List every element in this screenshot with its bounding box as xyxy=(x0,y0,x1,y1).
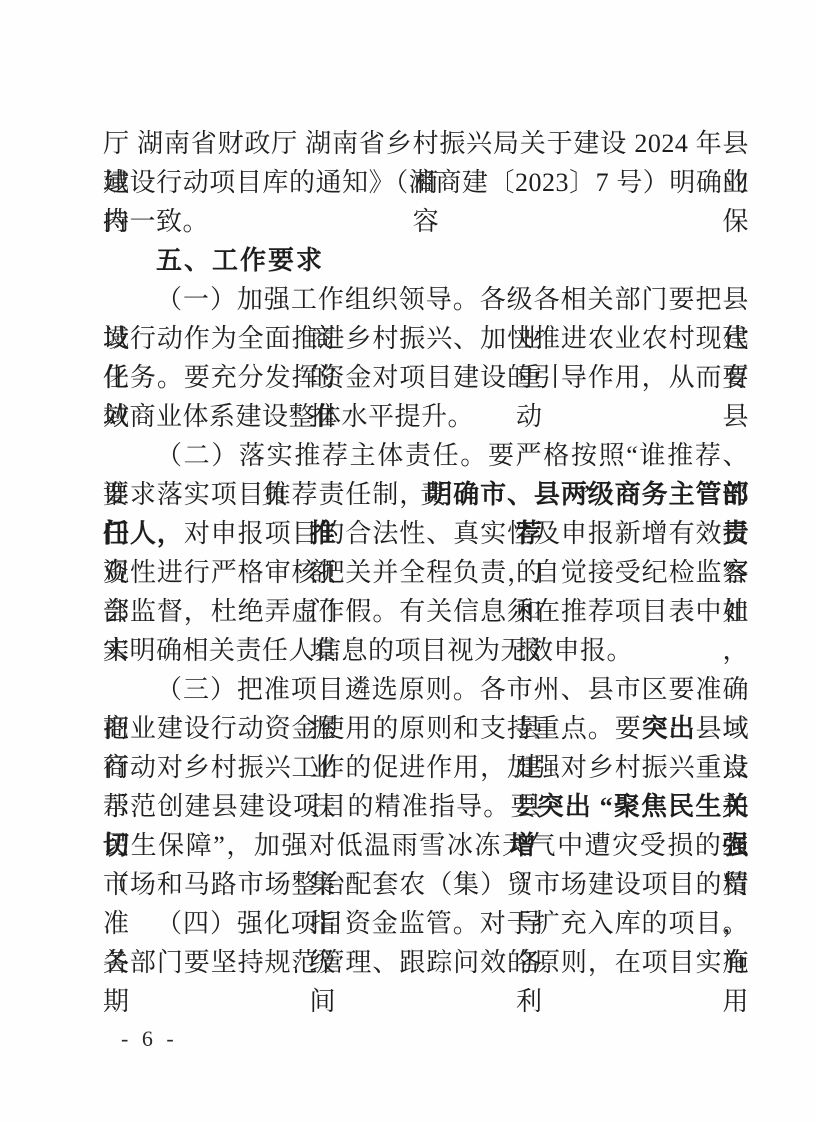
text-run: 持一致。 xyxy=(103,207,209,236)
document-body: 厅 湖南省财政厅 湖南省乡村振兴局关于建设 2024 年县域商业建设行动项目库的… xyxy=(103,124,749,982)
text-run: 要求落实项目推荐责任制， xyxy=(103,480,426,509)
text-run: 域商业体系建设整体水平提升。 xyxy=(103,402,474,431)
text-line: 商业建设行动资金使用的原则和支持重点。要突出县域商业建设 xyxy=(103,709,749,748)
text-line: 建设行动项目库的通知》（湘商建〔2023〕7 号）明确的内容保 xyxy=(103,163,749,202)
text-line: 任务。要充分发挥资金对项目建设的引导作用，从而有效推动县 xyxy=(103,358,749,397)
text-line: 厅 湖南省财政厅 湖南省乡村振兴局关于建设 2024 年县域商业 xyxy=(103,124,749,163)
text-line: 关部门要坚持规范管理、跟踪问效的原则，在项目实施期间利用 xyxy=(103,943,749,982)
text-line: 民生保障”，加强对低温雨雪冰冻天气中遭灾受损的农（集）贸 xyxy=(103,826,749,865)
text-run: （三）把准项目遴选原则。 xyxy=(156,675,480,704)
text-line: （一）加强工作组织领导。各级各相关部门要把县域商业建 xyxy=(103,280,749,319)
text-line: 示范创建县建设项目的精准指导。要突出 “聚焦民生关切 增强 xyxy=(103,787,749,826)
text-line: 行动对乡村振兴工作的促进作用，加强对乡村振兴重点帮扶县和 xyxy=(103,748,749,787)
document-page: 厅 湖南省财政厅 湖南省乡村振兴局关于建设 2024 年县域商业建设行动项目库的… xyxy=(0,0,816,1122)
text-line: （四）强化项目资金监管。对于扩充入库的项目，各级各有 xyxy=(103,904,749,943)
text-run: 示范创建县建设项目的精准指导。要 xyxy=(103,792,538,821)
text-line: （二）落实推荐主体责任。要严格按照“谁推荐、谁负责”的 xyxy=(103,436,749,475)
text-run: 五、工作要求 xyxy=(156,245,324,275)
text-run: 未明确相关责任人信息的项目视为无效申报。 xyxy=(103,636,633,665)
text-run: 关部门要坚持规范管理、跟踪问效的原则，在项目实施期间利用 xyxy=(103,948,749,1016)
text-run: （二）落实推荐主体责任。 xyxy=(156,441,488,470)
text-line: 要求落实项目推荐责任制，明确市、县两级商务主管部门推荐责 xyxy=(103,475,749,514)
text-line: 会监督，杜绝弄虚作假。有关信息须在推荐项目表中如实填报， xyxy=(103,592,749,631)
text-run: 商业建设行动资金使用的原则和支持重点。要 xyxy=(103,714,642,743)
text-run xyxy=(592,792,600,821)
text-run: 突出 xyxy=(538,792,592,821)
text-line: （三）把准项目遴选原则。各市州、县市区要准确把握县域 xyxy=(103,670,749,709)
page-number: - 6 - xyxy=(121,1026,178,1052)
text-run: 突出 xyxy=(642,714,696,743)
text-line: 设行动作为全面推进乡村振兴、加快推进农业农村现代化的重要 xyxy=(103,319,749,358)
text-line: 市场和马路市场整治配套农（集）贸市场建设项目的精准指导。 xyxy=(103,865,749,904)
section-heading: 五、工作要求 xyxy=(103,241,749,280)
text-line: 观性进行严格审核把关并全程负责，自觉接受纪检监察部门和社 xyxy=(103,553,749,592)
text-run: 任人， xyxy=(103,519,184,548)
text-run: （一）加强工作组织领导。 xyxy=(156,285,480,314)
text-line: 任人，对申报项目的合法性、真实性及申报新增有效投资额的客 xyxy=(103,514,749,553)
text-run: （四）强化项目资金监管。 xyxy=(156,909,480,938)
